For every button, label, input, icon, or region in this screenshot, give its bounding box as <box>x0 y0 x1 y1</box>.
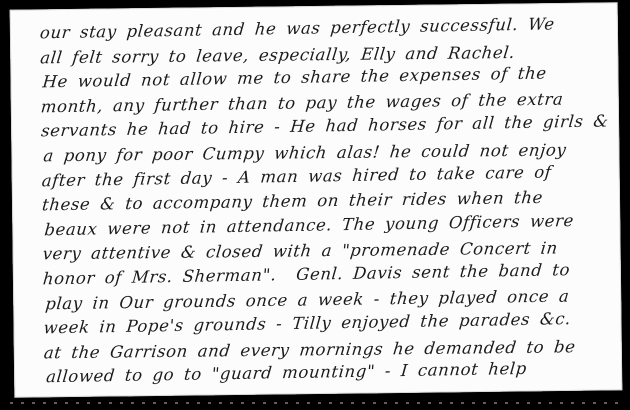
handwriting-block: our stay pleasant and he was perfectly s… <box>10 2 623 397</box>
scanned-letter-image: our stay pleasant and he was perfectly s… <box>0 0 630 410</box>
letter-page: our stay pleasant and he was perfectly s… <box>10 2 623 397</box>
